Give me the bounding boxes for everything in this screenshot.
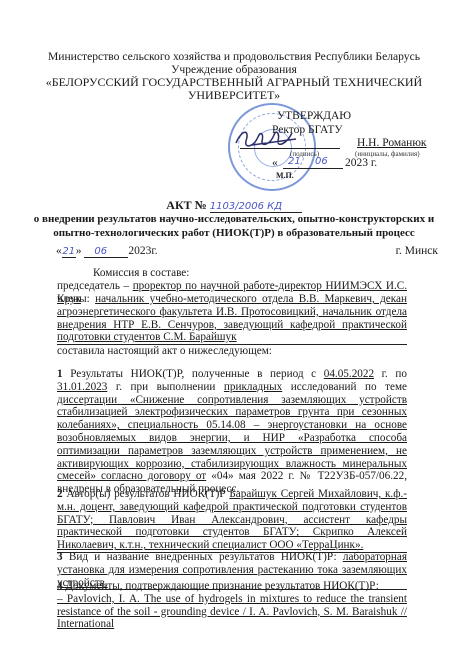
- section-4: 4 Документы, подтверждающие признание ре…: [57, 580, 407, 631]
- section-1-research-type: прикладных: [224, 381, 282, 393]
- approval-date-year: 2023 г.: [345, 157, 377, 169]
- approver-name: Н.Н. Романюк: [357, 137, 427, 149]
- section-1-text: г. по: [374, 368, 407, 380]
- section-1-text: исследований по теме: [282, 381, 407, 393]
- commission-intro: Комиссия в составе:: [57, 267, 407, 280]
- approval-date-month: 06: [315, 156, 328, 167]
- document-page: Министерство сельского хозяйства и продо…: [0, 0, 468, 663]
- section-1-text: г. при выполнении: [107, 381, 224, 393]
- act-number: 1103/2006 КД: [210, 201, 302, 213]
- chair-label: председатель –: [57, 280, 133, 292]
- approval-date-day: 21: [288, 156, 301, 167]
- ministry-line: Министерство сельского хозяйства и продо…: [0, 50, 468, 63]
- commission-members: члены: начальник учебно-методического от…: [57, 293, 407, 345]
- section-3-text: Вид и название внедренных результатов НИ…: [63, 551, 343, 563]
- act-subtitle-line2: опытно-технологических работ (НИОК(Т)Р) …: [0, 227, 468, 240]
- section-1: 1 Результаты НИОК(Т)Р, полученные в пери…: [57, 368, 407, 496]
- act-title: АКТ № 1103/2006 КД: [0, 198, 468, 213]
- act-date-day: 21: [62, 246, 76, 258]
- seal-label: М.П.: [276, 171, 294, 180]
- approval-date-line: [283, 168, 343, 169]
- section-1-date-to: 31.01.2023: [57, 381, 107, 393]
- signature-line: [240, 148, 340, 149]
- act-city: г. Минск: [396, 245, 438, 257]
- section-4-document-1: – Pavlovich, I. A. The use of hydrogels …: [57, 593, 407, 631]
- act-date-year: 2023г.: [128, 245, 157, 257]
- section-2-text: Автор(ы) результатов НИОК(Т)Р: [63, 488, 230, 500]
- section-1-text: Результаты НИОК(Т)Р, полученные в период…: [63, 368, 324, 380]
- approver-position: Ректор БГАТУ: [272, 124, 343, 137]
- act-subtitle-line1: о внедрении результатов научно-исследова…: [0, 213, 468, 226]
- university-name-line2: УНИВЕРСИТЕТ»: [0, 89, 468, 102]
- approval-date-quote: «: [272, 157, 278, 169]
- members-value: начальник учебно-методического отдела В.…: [57, 293, 407, 343]
- act-title-prefix: АКТ №: [166, 198, 206, 212]
- section-1-topic: диссертации «Снижение сопротивления зазе…: [57, 394, 407, 483]
- commission-compiled: составила настоящий акт о нижеследующем:: [57, 345, 407, 358]
- section-1-date-from: 04.05.2022: [324, 368, 374, 380]
- approve-label: УТВЕРЖДАЮ: [277, 110, 351, 123]
- act-date: «21» 062023г.: [56, 245, 158, 258]
- section-2: 2 Автор(ы) результатов НИОК(Т)Р Барайшук…: [57, 488, 407, 553]
- section-4-text: Документы, подтверждающие признание резу…: [63, 580, 379, 592]
- act-date-month: 06: [84, 246, 128, 258]
- members-label: члены:: [57, 293, 95, 305]
